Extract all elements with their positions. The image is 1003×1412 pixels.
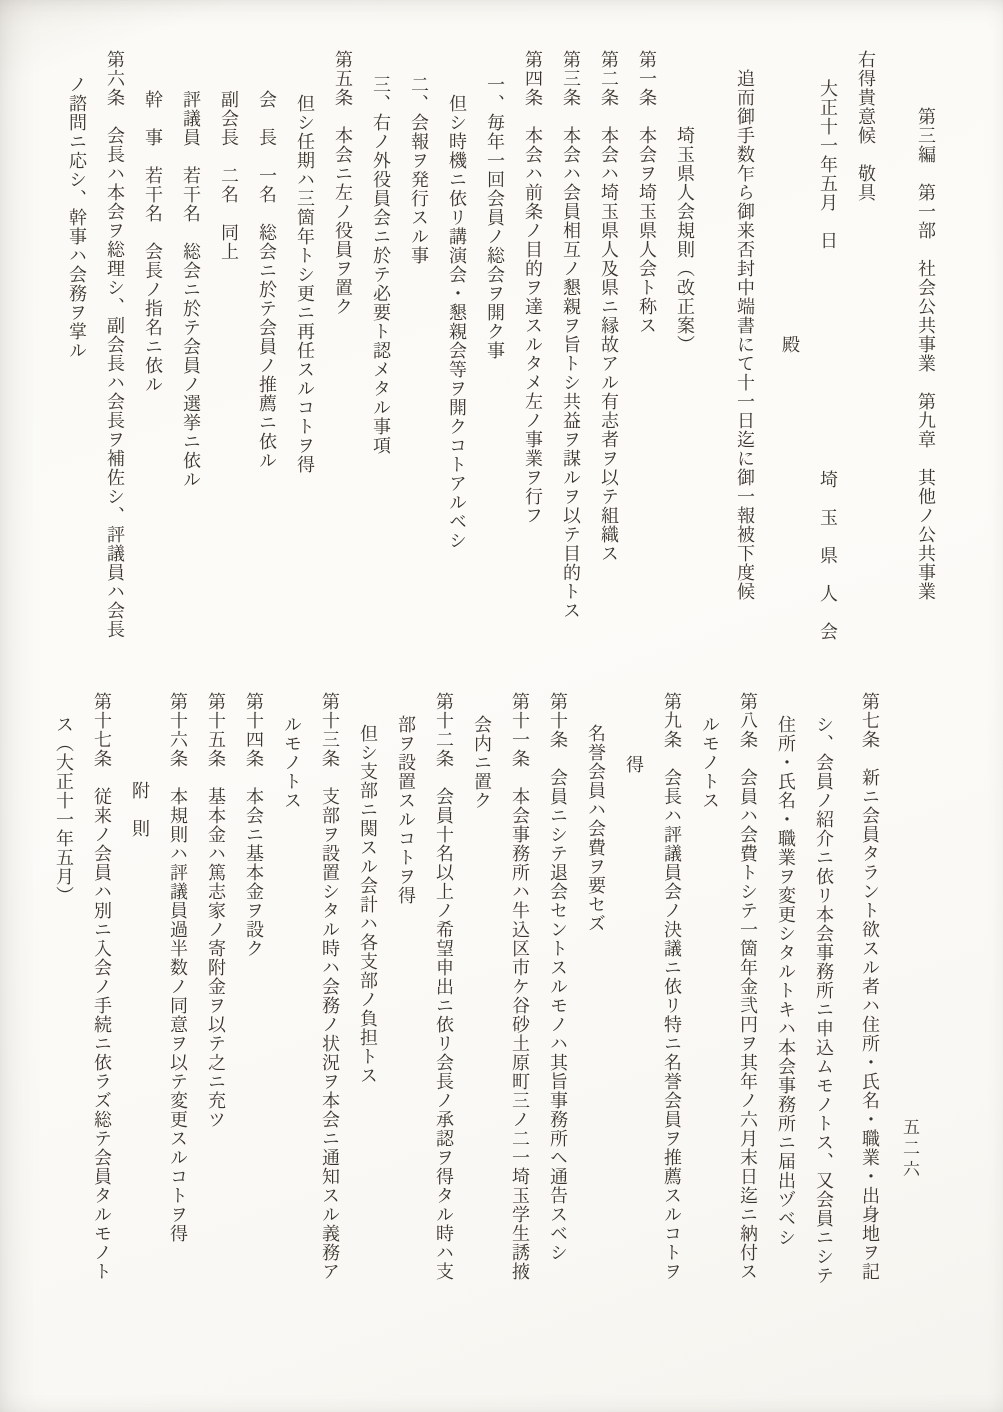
column-text: 評議員 若干名 総会ニ於テ会員ノ選挙ニ依ル xyxy=(180,90,201,489)
column-text: 三、右ノ外役員会ニ於テ必要ト認メタル事項 xyxy=(370,75,391,455)
article-11: 第十一条 本会事務所ハ牛込区市ケ谷砂土原町三ノ二一埼玉学生誘掖 xyxy=(500,692,538,1342)
column-text: 第七条 新ニ会員タラント欲スル者ハ住所・氏名・職業・出身地ヲ記 xyxy=(859,692,880,1281)
article-4-item-1-proviso: 但シ時機ニ依リ講演会・懇親会等ヲ開クコトアルベシ xyxy=(437,50,475,695)
column-text: 副会長 二名 同上 xyxy=(218,90,239,261)
column-text: 得 xyxy=(623,755,644,774)
article-11-continued: 会内ニ置ク xyxy=(462,692,500,1342)
article-4-item-3: 三、右ノ外役員会ニ於テ必要ト認メタル事項 xyxy=(361,50,399,695)
article-4-item-2: 二、会報ヲ発行スル事 xyxy=(399,50,437,695)
letter-postscript: 追而御手数乍ら御来否封中端書にて十一日迄に御一報被下度候 xyxy=(725,50,763,695)
column-text: 附 則 xyxy=(129,781,150,838)
article-5-proviso: 但シ任期ハ三箇年トシ更ニ再任スルコトヲ得 xyxy=(285,50,323,695)
column-text: 殿 xyxy=(779,335,800,354)
column-text: 大正十一年五月 日 xyxy=(817,79,838,250)
column-text: 二、会報ヲ発行スル事 xyxy=(408,75,429,265)
column-text: 住所・氏名・職業ヲ変更シタルトキハ本会事務所ニ届出ヅベシ xyxy=(775,715,796,1247)
article-14: 第十四条 本会ニ基本金ヲ設ク xyxy=(234,692,272,1342)
column-text: 第一条 本会ヲ埼玉県人会ト称ス xyxy=(636,50,657,335)
article-9-note: 名誉会員ハ会費ヲ要セズ xyxy=(576,692,614,1342)
column-text: ス（大正十一年五月） xyxy=(53,715,74,905)
article-1: 第一条 本会ヲ埼玉県人会ト称ス xyxy=(627,50,665,695)
supplementary-rules-heading: 附 則 xyxy=(120,692,158,1342)
column-text: 埼玉県人会規則（改正案） xyxy=(674,126,695,354)
article-7: 第七条 新ニ会員タラント欲スル者ハ住所・氏名・職業・出身地ヲ記 xyxy=(850,692,888,1342)
article-6-continued: ノ諮問ニ応シ、幹事ハ会務ヲ掌ル xyxy=(57,50,95,695)
column-gap xyxy=(827,250,828,470)
rules-title: 埼玉県人会規則（改正案） xyxy=(665,50,703,695)
column-text: 名誉会員ハ会費ヲ要セズ xyxy=(585,724,606,933)
article-12-proviso: 但シ支部ニ関スル会計ハ各支部ノ負担トス xyxy=(348,692,386,1342)
article-5: 第五条 本会ニ左ノ役員ヲ置ク xyxy=(323,50,361,695)
column-text: 第十六条 本規則ハ評議員過半数ノ同意ヲ以テ変更スルコトヲ得 xyxy=(167,692,188,1243)
column-text: 第十七条 従来ノ会員ハ別ニ入会ノ手続ニ依ラズ総テ会員タルモノト xyxy=(91,692,112,1281)
column-text: 第四条 本会ハ前条ノ目的ヲ達スルタメ左ノ事業ヲ行フ xyxy=(522,50,543,525)
article-4: 第四条 本会ハ前条ノ目的ヲ達スルタメ左ノ事業ヲ行フ xyxy=(513,50,551,695)
column-text: ルモノトス xyxy=(699,715,720,810)
column-text: 第十条 会員ニシテ退会セントスルモノハ其旨事務所ヘ通告スベシ xyxy=(547,692,568,1262)
column-text: 但シ任期ハ三箇年トシ更ニ再任スルコトヲ得 xyxy=(294,94,315,474)
article-9: 第九条 会長ハ評議員会ノ決議ニ依リ特ニ名誉会員ヲ推薦スルコトヲ xyxy=(652,692,690,1342)
column-text: 但シ時機ニ依リ講演会・懇親会等ヲ開クコトアルベシ xyxy=(446,94,467,550)
column-text: 第十一条 本会事務所ハ牛込区市ケ谷砂土原町三ノ二一埼玉学生誘掖 xyxy=(509,692,530,1281)
column-text: 右得貴意候 敬具 xyxy=(855,50,876,202)
article-3: 第三条 本会ハ会員相互ノ懇親ヲ旨トシ共益ヲ謀ルヲ以テ目的トス xyxy=(551,50,589,695)
article-17-continued: ス（大正十一年五月） xyxy=(44,692,82,1342)
column-text: 第十四条 本会ニ基本金ヲ設ク xyxy=(243,692,264,958)
article-2: 第二条 本会ハ埼玉県人及県ニ縁故アル有志者ヲ以テ組織ス xyxy=(589,50,627,695)
article-8-continued: ルモノトス xyxy=(690,692,728,1342)
column-text: 第十二条 会員十名以上ノ希望申出ニ依リ会長ノ承認ヲ得タル時ハ支 xyxy=(433,692,454,1281)
column-text: 但シ支部ニ関スル会計ハ各支部ノ負担トス xyxy=(357,724,378,1085)
article-13: 第十三条 支部ヲ設置シタル時ハ会務ノ状況ヲ本会ニ通知スル義務ア xyxy=(310,692,348,1342)
officer-president: 会 長 一名 総会ニ於テ会員ノ推薦ニ依ル xyxy=(247,50,285,695)
article-10: 第十条 会員ニシテ退会セントスルモノハ其旨事務所ヘ通告スベシ xyxy=(538,692,576,1342)
article-16: 第十六条 本規則ハ評議員過半数ノ同意ヲ以テ変更スルコトヲ得 xyxy=(158,692,196,1342)
column-text: ルモノトス xyxy=(281,715,302,810)
article-9-continued: 得 xyxy=(614,692,652,1342)
letter-closing: 右得貴意候 敬具 xyxy=(846,50,884,695)
column-text: 第二条 本会ハ埼玉県人及県ニ縁故アル有志者ヲ以テ組織ス xyxy=(598,50,619,563)
column-text: 第六条 会長ハ本会ヲ総理シ、副会長ハ会長ヲ補佐シ、評議員ハ会長 xyxy=(104,50,125,639)
column-text: 幹 事 若干名 会長ノ指名ニ依ル xyxy=(142,90,163,394)
column-text: 第十三条 支部ヲ設置シタル時ハ会務ノ状況ヲ本会ニ通知スル義務ア xyxy=(319,692,340,1281)
article-6: 第六条 会長ハ本会ヲ総理シ、副会長ハ会長ヲ補佐シ、評議員ハ会長 xyxy=(95,50,133,695)
column-text: 部ヲ設置スルコトヲ得 xyxy=(395,715,416,905)
column-text: ノ諮問ニ応シ、幹事ハ会務ヲ掌ル xyxy=(66,75,87,360)
column-text: シ、会員ノ紹介ニ依リ本会事務所ニ申込ムモノトス、又会員ニシテ xyxy=(813,715,834,1285)
column-text: 会内ニ置ク xyxy=(471,715,492,810)
column-text: 一、毎年一回会員ノ総会ヲ開ク事 xyxy=(484,75,505,360)
column-text: 会 長 一名 総会ニ於テ会員ノ推薦ニ依ル xyxy=(256,90,277,470)
article-13-continued: ルモノトス xyxy=(272,692,310,1342)
scanned-document-page: 第三編 第一部 社会公共事業 第九章 其他ノ公共事業右得貴意候 敬具大正十一年五… xyxy=(0,0,1003,1412)
article-7-continued-1: シ、会員ノ紹介ニ依リ本会事務所ニ申込ムモノトス、又会員ニシテ xyxy=(804,692,842,1342)
letter-date-and-signature: 大正十一年五月 日埼 玉 県 人 会 xyxy=(808,50,846,695)
page-number: 五二六 xyxy=(897,1118,922,1181)
running-head: 第三編 第一部 社会公共事業 第九章 其他ノ公共事業 xyxy=(906,50,944,695)
article-8: 第八条 会員ハ会費トシテ一箇年金弐円ヲ其年ノ六月末日迄ニ納付ス xyxy=(728,692,766,1342)
column-text: 第九条 会長ハ評議員会ノ決議ニ依リ特ニ名誉会員ヲ推薦スルコトヲ xyxy=(661,692,682,1281)
officer-councilor: 評議員 若干名 総会ニ於テ会員ノ選挙ニ依ル xyxy=(171,50,209,695)
rules-bottom-half: 第七条 新ニ会員タラント欲スル者ハ住所・氏名・職業・出身地ヲ記シ、会員ノ紹介ニ依… xyxy=(44,692,888,1342)
article-12-continued: 部ヲ設置スルコトヲ得 xyxy=(386,692,424,1342)
article-4-item-1: 一、毎年一回会員ノ総会ヲ開ク事 xyxy=(475,50,513,695)
column-text: 第三編 第一部 社会公共事業 第九章 其他ノ公共事業 xyxy=(915,107,936,601)
article-15: 第十五条 基本金ハ篤志家ノ寄附金ヲ以テ之ニ充ツ xyxy=(196,692,234,1342)
column-text: 追而御手数乍ら御来否封中端書にて十一日迄に御一報被下度候 xyxy=(734,69,755,601)
officer-vice-president: 副会長 二名 同上 xyxy=(209,50,247,695)
article-12: 第十二条 会員十名以上ノ希望申出ニ依リ会長ノ承認ヲ得タル時ハ支 xyxy=(424,692,462,1342)
column-text: 埼 玉 県 人 会 xyxy=(817,470,838,641)
letter-addressee: 殿 xyxy=(770,50,808,695)
letter-and-rules-top-half: 第三編 第一部 社会公共事業 第九章 其他ノ公共事業右得貴意候 敬具大正十一年五… xyxy=(57,50,944,695)
column-text: 第八条 会員ハ会費トシテ一箇年金弐円ヲ其年ノ六月末日迄ニ納付ス xyxy=(737,692,758,1281)
officer-secretary: 幹 事 若干名 会長ノ指名ニ依ル xyxy=(133,50,171,695)
article-17: 第十七条 従来ノ会員ハ別ニ入会ノ手続ニ依ラズ総テ会員タルモノト xyxy=(82,692,120,1342)
article-7-continued-2: 住所・氏名・職業ヲ変更シタルトキハ本会事務所ニ届出ヅベシ xyxy=(766,692,804,1342)
column-text: 第三条 本会ハ会員相互ノ懇親ヲ旨トシ共益ヲ謀ルヲ以テ目的トス xyxy=(560,50,581,620)
column-text: 第十五条 基本金ハ篤志家ノ寄附金ヲ以テ之ニ充ツ xyxy=(205,692,226,1129)
column-text: 第五条 本会ニ左ノ役員ヲ置ク xyxy=(332,50,353,316)
